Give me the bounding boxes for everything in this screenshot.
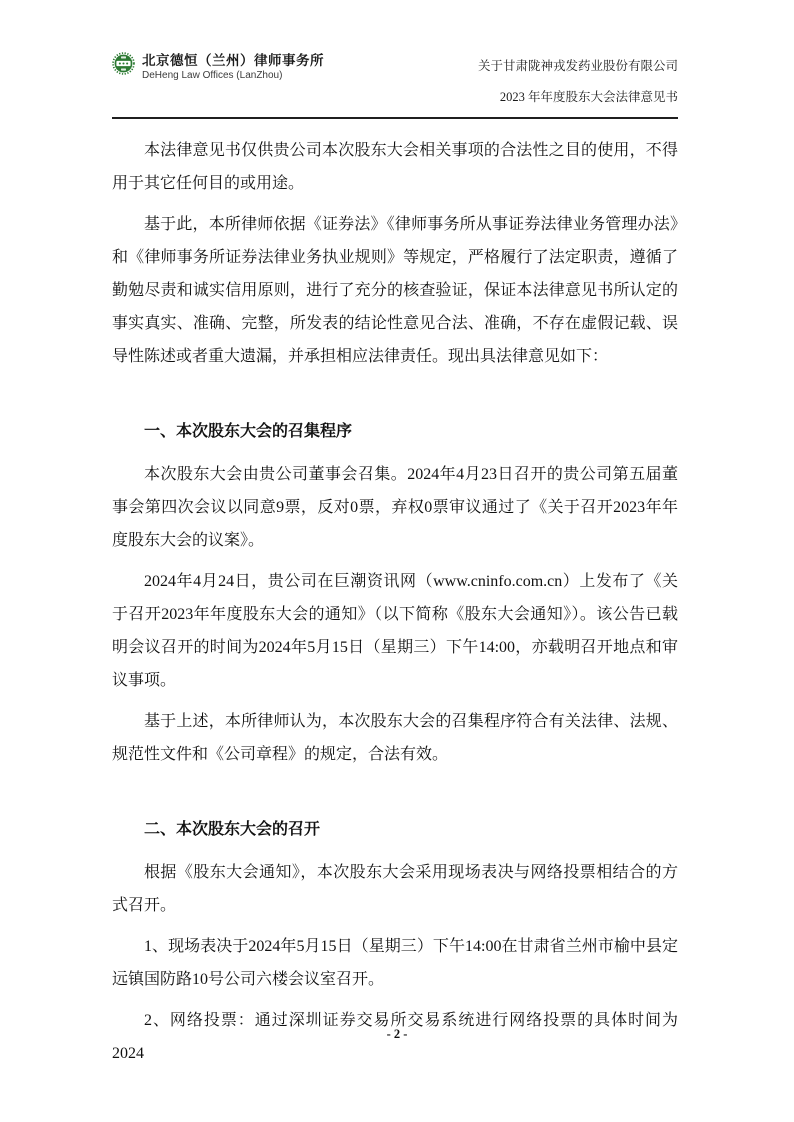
firm-name-block: 北京德恒（兰州）律师事务所 DeHeng Law Offices (LanZho… xyxy=(142,52,324,82)
firm-name-en: DeHeng Law Offices (LanZhou) xyxy=(142,69,324,82)
paragraph-convening-conclusion: 基于上述，本所律师认为，本次股东大会的召集程序符合有关法律、法规、规范性文件和《… xyxy=(112,705,678,771)
document-body: 本法律意见书仅供贵公司本次股东大会相关事项的合法性之目的使用，不得用于其它任何目… xyxy=(0,119,794,1070)
paragraph-onsite-voting: 1、现场表决于2024年5月15日（星期三）下午14:00在甘肃省兰州市榆中县定… xyxy=(112,930,678,996)
paragraph-board-resolution: 本次股东大会由贵公司董事会召集。2024年4月23日召开的贵公司第五届董事会第四… xyxy=(112,458,678,557)
paragraph-meeting-notice: 2024年4月24日，贵公司在巨潮资讯网（www.cninfo.com.cn）上… xyxy=(112,565,678,697)
page-number: - 2 - xyxy=(387,1027,408,1041)
page-footer: - 2 - xyxy=(0,1027,794,1042)
paragraph-legal-basis: 基于此，本所律师依据《证券法》《律师事务所从事证券法律业务管理办法》和《律师事务… xyxy=(112,208,678,373)
document-header: 北京德恒（兰州）律师事务所 DeHeng Law Offices (LanZho… xyxy=(0,0,794,113)
deheng-seal-icon xyxy=(112,52,135,75)
header-doc-title-line: 2023 年年度股东大会法律意见书 xyxy=(478,82,678,113)
paragraph-meeting-method: 根据《股东大会通知》，本次股东大会采用现场表决与网络投票相结合的方式召开。 xyxy=(112,856,678,922)
paragraph-usage-restriction: 本法律意见书仅供贵公司本次股东大会相关事项的合法性之目的使用，不得用于其它任何目… xyxy=(112,134,678,200)
header-right-block: 关于甘肃陇神戎发药业股份有限公司 2023 年年度股东大会法律意见书 xyxy=(478,51,678,113)
section-heading-1: 一、本次股东大会的召集程序 xyxy=(112,415,678,448)
document-page: 北京德恒（兰州）律师事务所 DeHeng Law Offices (LanZho… xyxy=(0,0,794,1122)
header-company-line: 关于甘肃陇神戎发药业股份有限公司 xyxy=(478,51,678,82)
firm-name-cn: 北京德恒（兰州）律师事务所 xyxy=(142,52,324,69)
section-heading-2: 二、本次股东大会的召开 xyxy=(112,813,678,846)
firm-logo: 北京德恒（兰州）律师事务所 DeHeng Law Offices (LanZho… xyxy=(112,50,324,82)
